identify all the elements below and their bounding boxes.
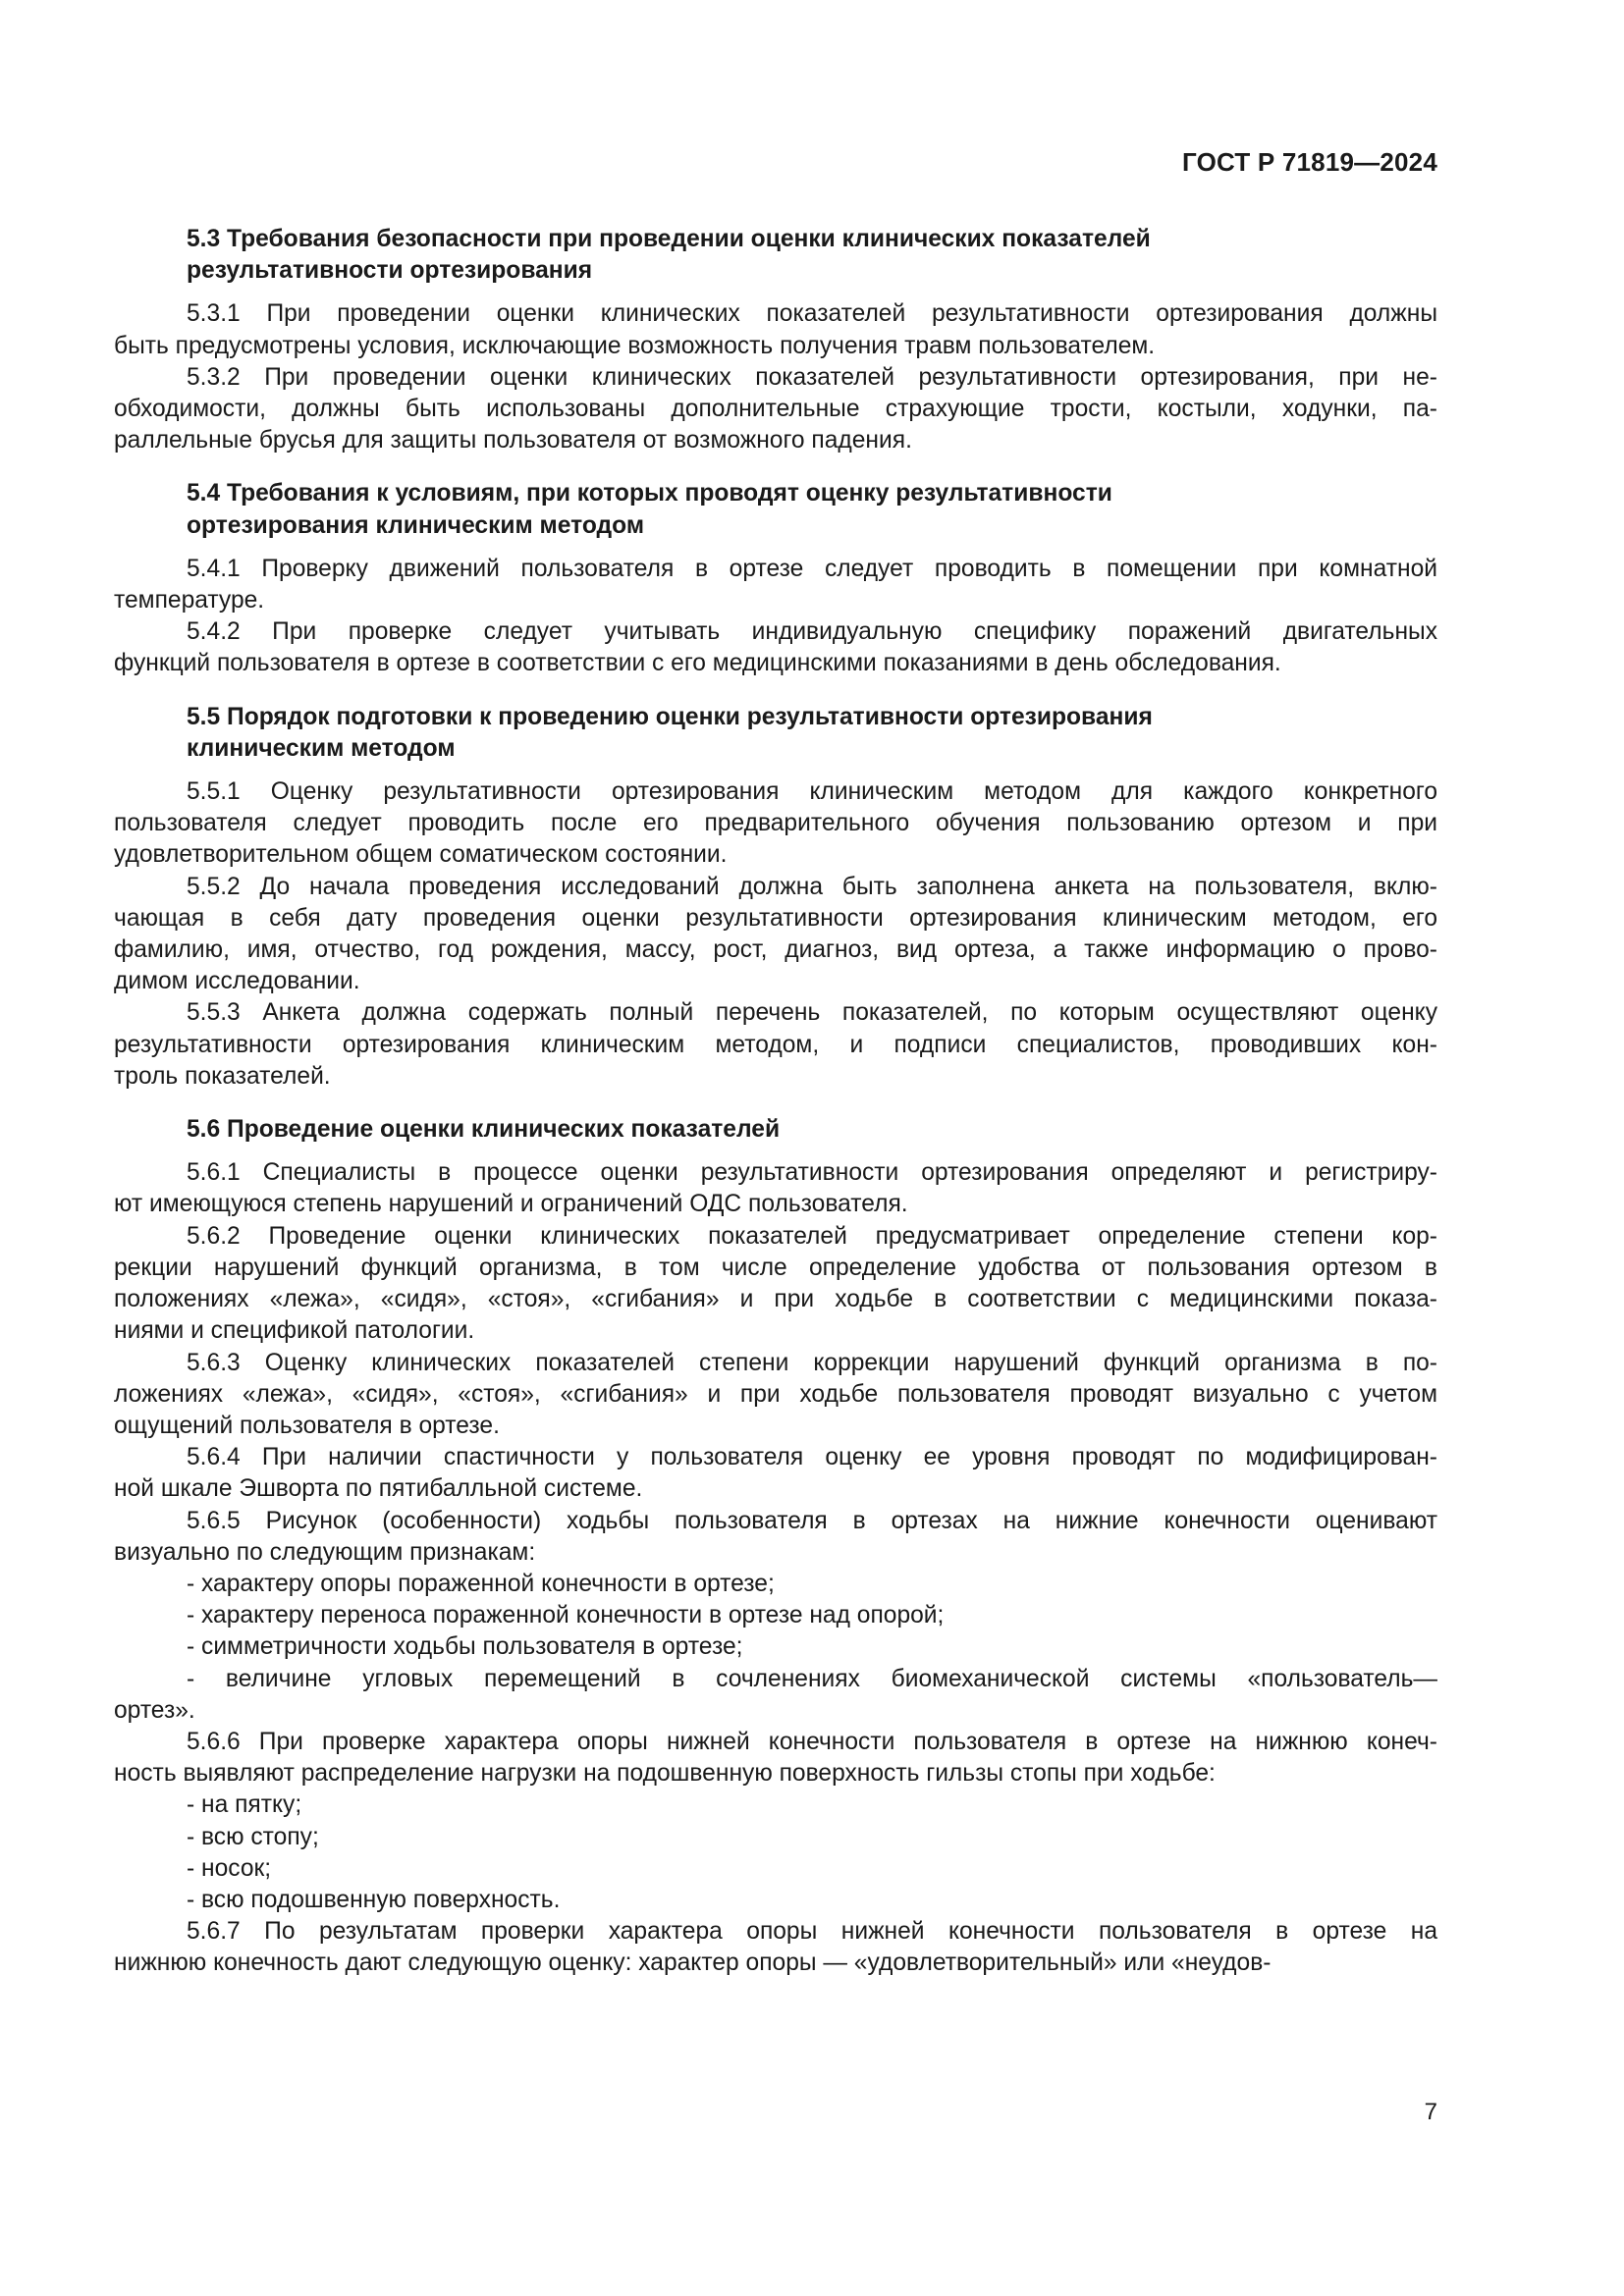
- text-line: быть предусмотрены условия, исключающие …: [114, 331, 1437, 362]
- section-heading: 5.4 Требования к условиям, при которых п…: [114, 478, 1437, 541]
- text-line: - симметричности ходьбы пользователя в о…: [114, 1631, 1437, 1663]
- text-line: троль показателей.: [114, 1061, 1437, 1093]
- text-line: ортез».: [114, 1695, 1437, 1727]
- paragraph: 5.5.1 Оценку результативности ортезирова…: [114, 776, 1437, 872]
- heading-line: 5.4 Требования к условиям, при которых п…: [187, 478, 1437, 509]
- text-line: ют имеющуюся степень нарушений и огранич…: [114, 1189, 1437, 1220]
- section-heading: 5.6 Проведение оценки клинических показа…: [114, 1114, 1437, 1146]
- paragraph: 5.6.7 По результатам проверки характера …: [114, 1916, 1437, 1979]
- text-line: обходимости, должны быть использованы до…: [114, 394, 1437, 425]
- list-item: - характеру переноса пораженной конечнос…: [114, 1600, 1437, 1631]
- paragraph: 5.3.2 При проведении оценки клинических …: [114, 362, 1437, 457]
- text-line: удовлетворительном общем соматическом со…: [114, 839, 1437, 871]
- text-line: 5.3.1 При проведении оценки клинических …: [114, 298, 1437, 330]
- text-line: ложениях «лежа», «сидя», «стоя», «сгибан…: [114, 1379, 1437, 1411]
- text-line: - всю стопу;: [114, 1822, 1437, 1853]
- text-line: ощущений пользователя в ортезе.: [114, 1411, 1437, 1442]
- text-line: чающая в себя дату проведения оценки рез…: [114, 903, 1437, 934]
- text-line: рекции нарушений функций организма, в то…: [114, 1253, 1437, 1284]
- text-line: 5.4.2 При проверке следует учитывать инд…: [114, 616, 1437, 648]
- text-line: нижнюю конечность дают следующую оценку:…: [114, 1948, 1437, 1979]
- text-line: ниями и спецификой патологии.: [114, 1315, 1437, 1347]
- document-page: ГОСТ Р 71819—2024 5.3 Требования безопас…: [0, 0, 1624, 2296]
- text-line: - носок;: [114, 1853, 1437, 1885]
- document-body: 5.3 Требования безопасности при проведен…: [114, 224, 1437, 1980]
- text-line: ной шкале Эшворта по пятибалльной систем…: [114, 1473, 1437, 1505]
- list-item: - носок;: [114, 1853, 1437, 1885]
- text-line: 5.6.5 Рисунок (особенности) ходьбы польз…: [114, 1506, 1437, 1537]
- document-code: ГОСТ Р 71819—2024: [1182, 147, 1437, 178]
- text-line: - величине угловых перемещений в сочлене…: [114, 1664, 1437, 1695]
- heading-line: результативности ортезирования: [187, 255, 1437, 287]
- text-line: пользователя следует проводить после его…: [114, 808, 1437, 839]
- paragraph: 5.6.6 При проверке характера опоры нижне…: [114, 1727, 1437, 1789]
- heading-line: 5.5 Порядок подготовки к проведению оцен…: [187, 702, 1437, 733]
- text-line: - всю подошвенную поверхность.: [114, 1885, 1437, 1916]
- heading-line: 5.6 Проведение оценки клинических показа…: [187, 1114, 1437, 1146]
- paragraph: 5.4.2 При проверке следует учитывать инд…: [114, 616, 1437, 679]
- text-line: 5.3.2 При проведении оценки клинических …: [114, 362, 1437, 394]
- text-line: результативности ортезирования клиническ…: [114, 1030, 1437, 1061]
- text-line: 5.6.1 Специалисты в процессе оценки резу…: [114, 1157, 1437, 1189]
- list-item: - симметричности ходьбы пользователя в о…: [114, 1631, 1437, 1663]
- paragraph: 5.3.1 При проведении оценки клинических …: [114, 298, 1437, 361]
- text-line: 5.5.3 Анкета должна содержать полный пер…: [114, 997, 1437, 1029]
- paragraph: 5.6.5 Рисунок (особенности) ходьбы польз…: [114, 1506, 1437, 1569]
- text-line: димом исследовании.: [114, 966, 1437, 997]
- text-line: 5.6.7 По результатам проверки характера …: [114, 1916, 1437, 1948]
- text-line: ность выявляют распределение нагрузки на…: [114, 1758, 1437, 1789]
- text-line: 5.5.2 До начала проведения исследований …: [114, 872, 1437, 903]
- paragraph: 5.5.3 Анкета должна содержать полный пер…: [114, 997, 1437, 1093]
- text-line: функций пользователя в ортезе в соответс…: [114, 648, 1437, 679]
- list-item: - всю подошвенную поверхность.: [114, 1885, 1437, 1916]
- list-item: - величине угловых перемещений в сочлене…: [114, 1664, 1437, 1727]
- page-number: 7: [1425, 2099, 1437, 2126]
- section-heading: 5.3 Требования безопасности при проведен…: [114, 224, 1437, 287]
- text-line: 5.6.3 Оценку клинических показателей сте…: [114, 1348, 1437, 1379]
- text-line: 5.6.4 При наличии спастичности у пользов…: [114, 1442, 1437, 1473]
- text-line: 5.6.2 Проведение оценки клинических пока…: [114, 1221, 1437, 1253]
- heading-line: ортезирования клиническим методом: [187, 510, 1437, 542]
- heading-line: 5.3 Требования безопасности при проведен…: [187, 224, 1437, 255]
- paragraph: 5.6.1 Специалисты в процессе оценки резу…: [114, 1157, 1437, 1220]
- text-line: 5.6.6 При проверке характера опоры нижне…: [114, 1727, 1437, 1758]
- list-item: - характеру опоры пораженной конечности …: [114, 1569, 1437, 1600]
- paragraph: 5.5.2 До начала проведения исследований …: [114, 872, 1437, 998]
- text-line: 5.4.1 Проверку движений пользователя в о…: [114, 554, 1437, 585]
- text-line: раллельные брусья для защиты пользовател…: [114, 425, 1437, 456]
- text-line: фамилию, имя, отчество, год рождения, ма…: [114, 934, 1437, 966]
- text-line: - на пятку;: [114, 1789, 1437, 1821]
- text-line: 5.5.1 Оценку результативности ортезирова…: [114, 776, 1437, 808]
- heading-line: клиническим методом: [187, 733, 1437, 765]
- list-item: - всю стопу;: [114, 1822, 1437, 1853]
- paragraph: 5.6.4 При наличии спастичности у пользов…: [114, 1442, 1437, 1505]
- paragraph: 5.6.3 Оценку клинических показателей сте…: [114, 1348, 1437, 1443]
- paragraph: 5.4.1 Проверку движений пользователя в о…: [114, 554, 1437, 616]
- text-line: положениях «лежа», «сидя», «стоя», «сгиб…: [114, 1284, 1437, 1315]
- text-line: визуально по следующим признакам:: [114, 1537, 1437, 1569]
- paragraph: 5.6.2 Проведение оценки клинических пока…: [114, 1221, 1437, 1348]
- text-line: - характеру переноса пораженной конечнос…: [114, 1600, 1437, 1631]
- list-item: - на пятку;: [114, 1789, 1437, 1821]
- text-line: температуре.: [114, 585, 1437, 616]
- text-line: - характеру опоры пораженной конечности …: [114, 1569, 1437, 1600]
- section-heading: 5.5 Порядок подготовки к проведению оцен…: [114, 702, 1437, 765]
